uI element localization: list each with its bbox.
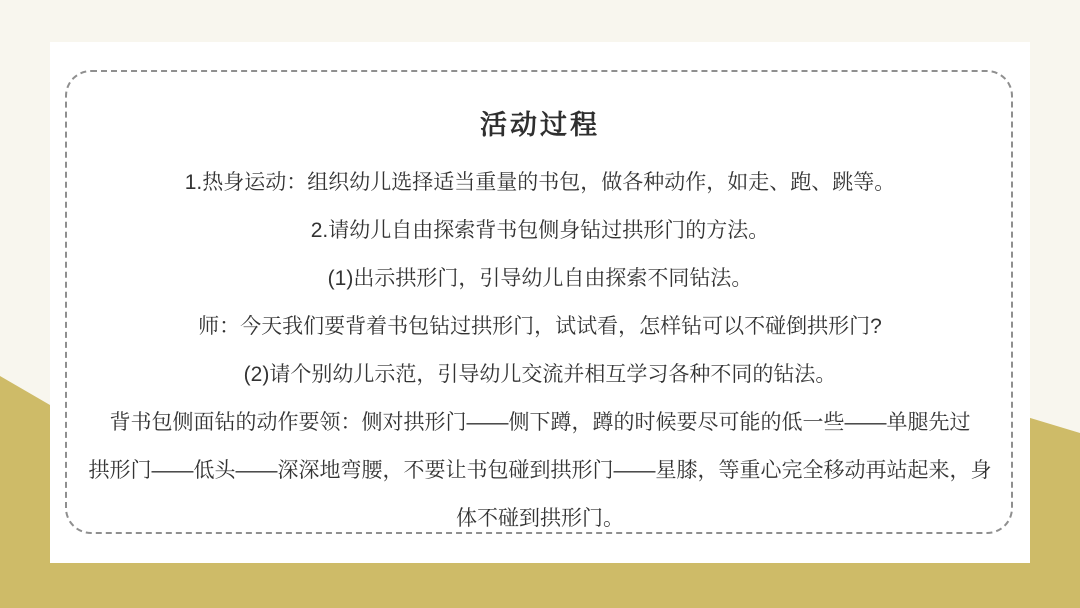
body-line: 师：今天我们要背着书包钻过拱形门，试试看，怎样钻可以不碰倒拱形门? (67, 303, 1013, 351)
slide-title: 活动过程 (67, 105, 1013, 145)
body-line: 拱形门——低头——深深地弯腰，不要让书包碰到拱形门——星膝，等重心完全移动再站起… (67, 447, 1013, 495)
body-line: (2)请个别幼儿示范，引导幼儿交流并相互学习各种不同的钻法。 (67, 351, 1013, 399)
body-line: 背书包侧面钻的动作要领：侧对拱形门——侧下蹲，蹲的时候要尽可能的低一些——单腿先… (67, 399, 1013, 447)
body-line: (1)出示拱形门，引导幼儿自由探索不同钻法。 (67, 255, 1013, 303)
content-card: 活动过程 1.热身运动：组织幼儿选择适当重量的书包，做各种动作，如走、跑、跳等。… (50, 42, 1030, 563)
presentation-slide: { "slide": { "title": "活动过程", "body_line… (0, 0, 1080, 608)
body-line: 1.热身运动：组织幼儿选择适当重量的书包，做各种动作，如走、跑、跳等。 (67, 159, 1013, 207)
body-line: 2.请幼儿自由探索背书包侧身钻过拱形门的方法。 (67, 207, 1013, 255)
body-line: 体不碰到拱形门。 (67, 495, 1013, 543)
slide-content: 活动过程 1.热身运动：组织幼儿选择适当重量的书包，做各种动作，如走、跑、跳等。… (67, 72, 1013, 536)
body-text-block: 1.热身运动：组织幼儿选择适当重量的书包，做各种动作，如走、跑、跳等。 2.请幼… (67, 159, 1013, 543)
